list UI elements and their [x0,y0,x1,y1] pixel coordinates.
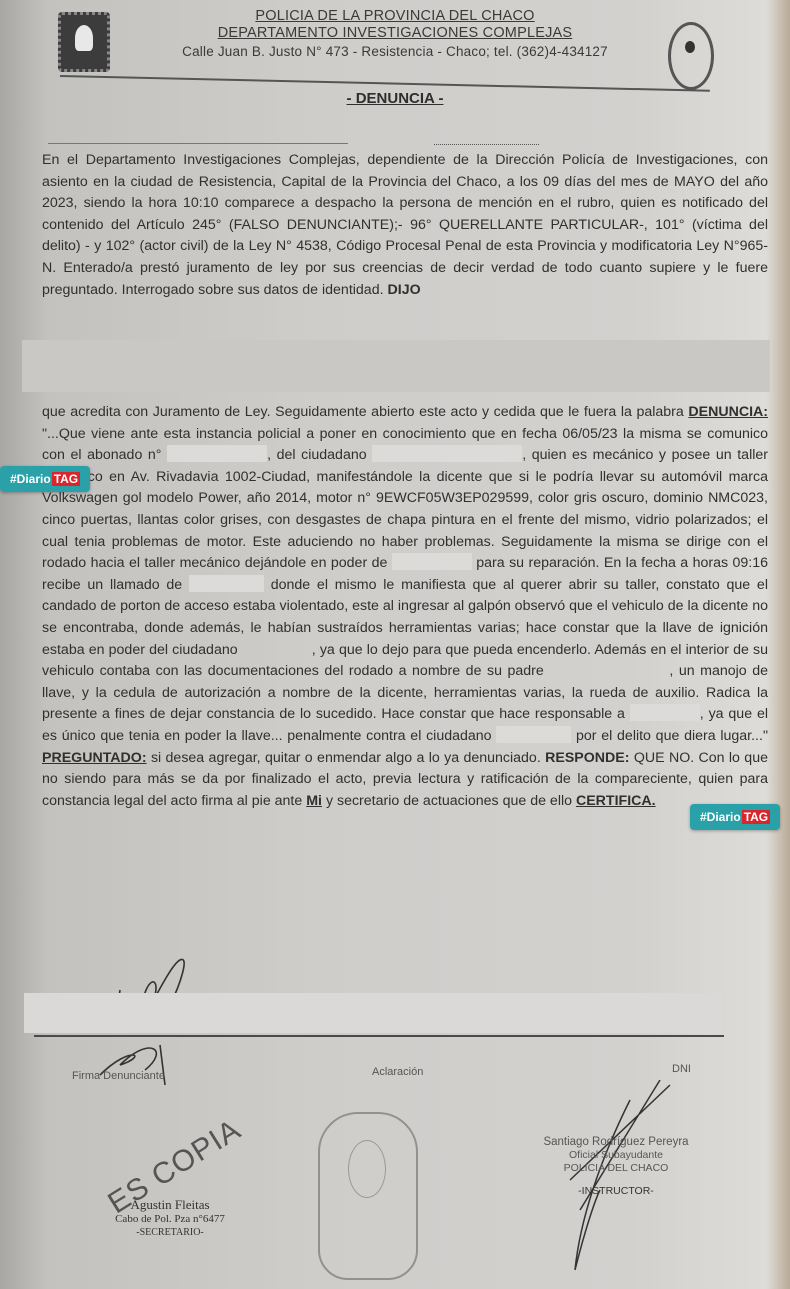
redacted-name [189,575,264,592]
redacted-name [242,640,312,657]
header-address: Calle Juan B. Justo N° 473 - Resistencia… [0,43,790,60]
secretario-block: Agustin Fleitas Cabo de Pol. Pza n°6477 … [90,1198,250,1240]
redacted-name [630,704,700,721]
diariotag-watermark: #DiarioTAG [690,804,780,830]
redacted-name [372,445,522,462]
redacted-identity-block [22,340,770,392]
blank-line [434,144,539,145]
header-line-1: POLICIA DE LA PROVINCIA DEL CHACO [0,8,790,25]
document-title: - DENUNCIA - [0,90,790,107]
label-firma-denunciante: Firma Denunciante [72,1070,165,1082]
redacted-phone [167,445,267,462]
redacted-name [496,726,571,743]
diariotag-watermark: #DiarioTAG [0,466,90,492]
stamp-emblem-icon [348,1140,386,1198]
label-dni: DNI [672,1063,691,1075]
redacted-name [549,661,669,678]
instructor-block: Santiago Rodríguez Pereyra Oficial Subay… [536,1136,696,1198]
blank-line [48,143,348,144]
header-line-2: DEPARTAMENTO INVESTIGACIONES COMPLEJAS [0,25,790,42]
label-aclaracion: Aclaración [372,1066,423,1078]
intro-paragraph: En el Departamento Investigaciones Compl… [42,150,768,301]
redacted-signature-block [24,993,722,1033]
statement-paragraph: que acredita con Juramento de Ley. Segui… [42,402,768,812]
redacted-name [392,553,472,570]
signature-line [34,1035,724,1037]
